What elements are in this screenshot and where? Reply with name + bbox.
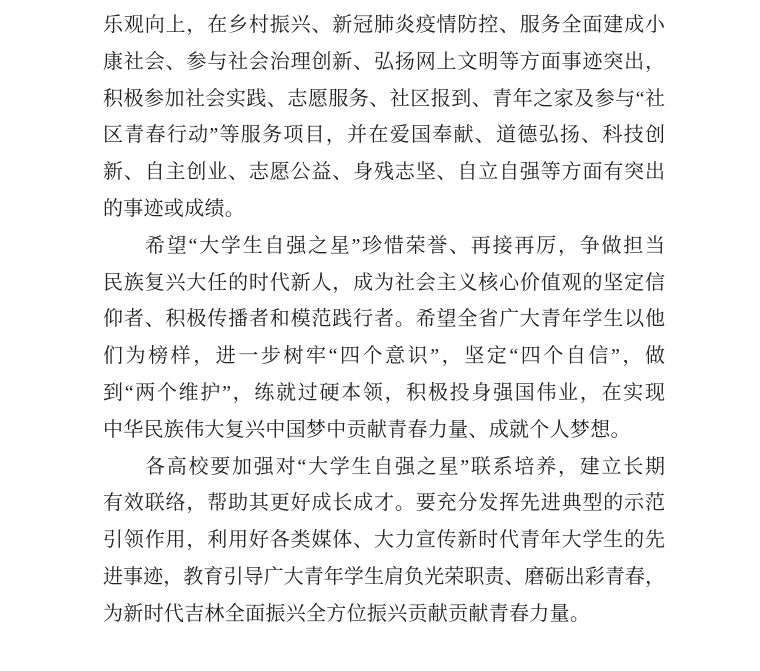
text-line: 们为榜样，进一步树牢“四个意识”，坚定“四个自信”，做 xyxy=(103,338,665,375)
text-line: 区青春行动”等服务项目，并在爱国奉献、道德弘扬、科技创 xyxy=(103,117,665,154)
text-line: 有效联络，帮助其更好成长成才。要充分发挥先进典型的示范 xyxy=(103,485,665,522)
text-line: 进事迹，教育引导广大青年学生肩负光荣职责、磨砺出彩青春， xyxy=(103,559,665,596)
text-line: 仰者、积极传播者和模范践行者。希望全省广大青年学生以他 xyxy=(103,301,665,338)
text-line: 积极参加社会实践、志愿服务、社区报到、青年之家及参与“社 xyxy=(103,81,665,118)
document-text: 乐观向上，在乡村振兴、新冠肺炎疫情防控、服务全面建成小 康社会、参与社会治理创新… xyxy=(103,7,665,633)
text-line: 民族复兴大任的时代新人，成为社会主义核心价值观的坚定信 xyxy=(103,265,665,302)
document-page: 乐观向上，在乡村振兴、新冠肺炎疫情防控、服务全面建成小 康社会、参与社会治理创新… xyxy=(0,0,760,671)
text-line: 康社会、参与社会治理创新、弘扬网上文明等方面事迹突出， xyxy=(103,44,665,81)
text-line: 引领作用，利用好各类媒体、大力宣传新时代青年大学生的先 xyxy=(103,522,665,559)
text-line: 乐观向上，在乡村振兴、新冠肺炎疫情防控、服务全面建成小 xyxy=(103,7,665,44)
text-line: 为新时代吉林全面振兴全方位振兴贡献贡献青春力量。 xyxy=(103,596,665,633)
text-line: 到“两个维护”，练就过硬本领，积极投身强国伟业，在实现 xyxy=(103,375,665,412)
text-line: 新、自主创业、志愿公益、身残志坚、自立自强等方面有突出 xyxy=(103,154,665,191)
paragraph-1: 乐观向上，在乡村振兴、新冠肺炎疫情防控、服务全面建成小 康社会、参与社会治理创新… xyxy=(103,7,665,228)
text-line: 中华民族伟大复兴中国梦中贡献青春力量、成就个人梦想。 xyxy=(103,412,665,449)
text-line: 的事迹或成绩。 xyxy=(103,191,665,228)
paragraph-2: 希望“大学生自强之星”珍惜荣誉、再接再厉，争做担当 民族复兴大任的时代新人，成为… xyxy=(103,228,665,449)
paragraph-3: 各高校要加强对“大学生自强之星”联系培养，建立长期 有效联络，帮助其更好成长成才… xyxy=(103,449,665,633)
text-line: 希望“大学生自强之星”珍惜荣誉、再接再厉，争做担当 xyxy=(103,228,665,265)
text-line: 各高校要加强对“大学生自强之星”联系培养，建立长期 xyxy=(103,449,665,486)
